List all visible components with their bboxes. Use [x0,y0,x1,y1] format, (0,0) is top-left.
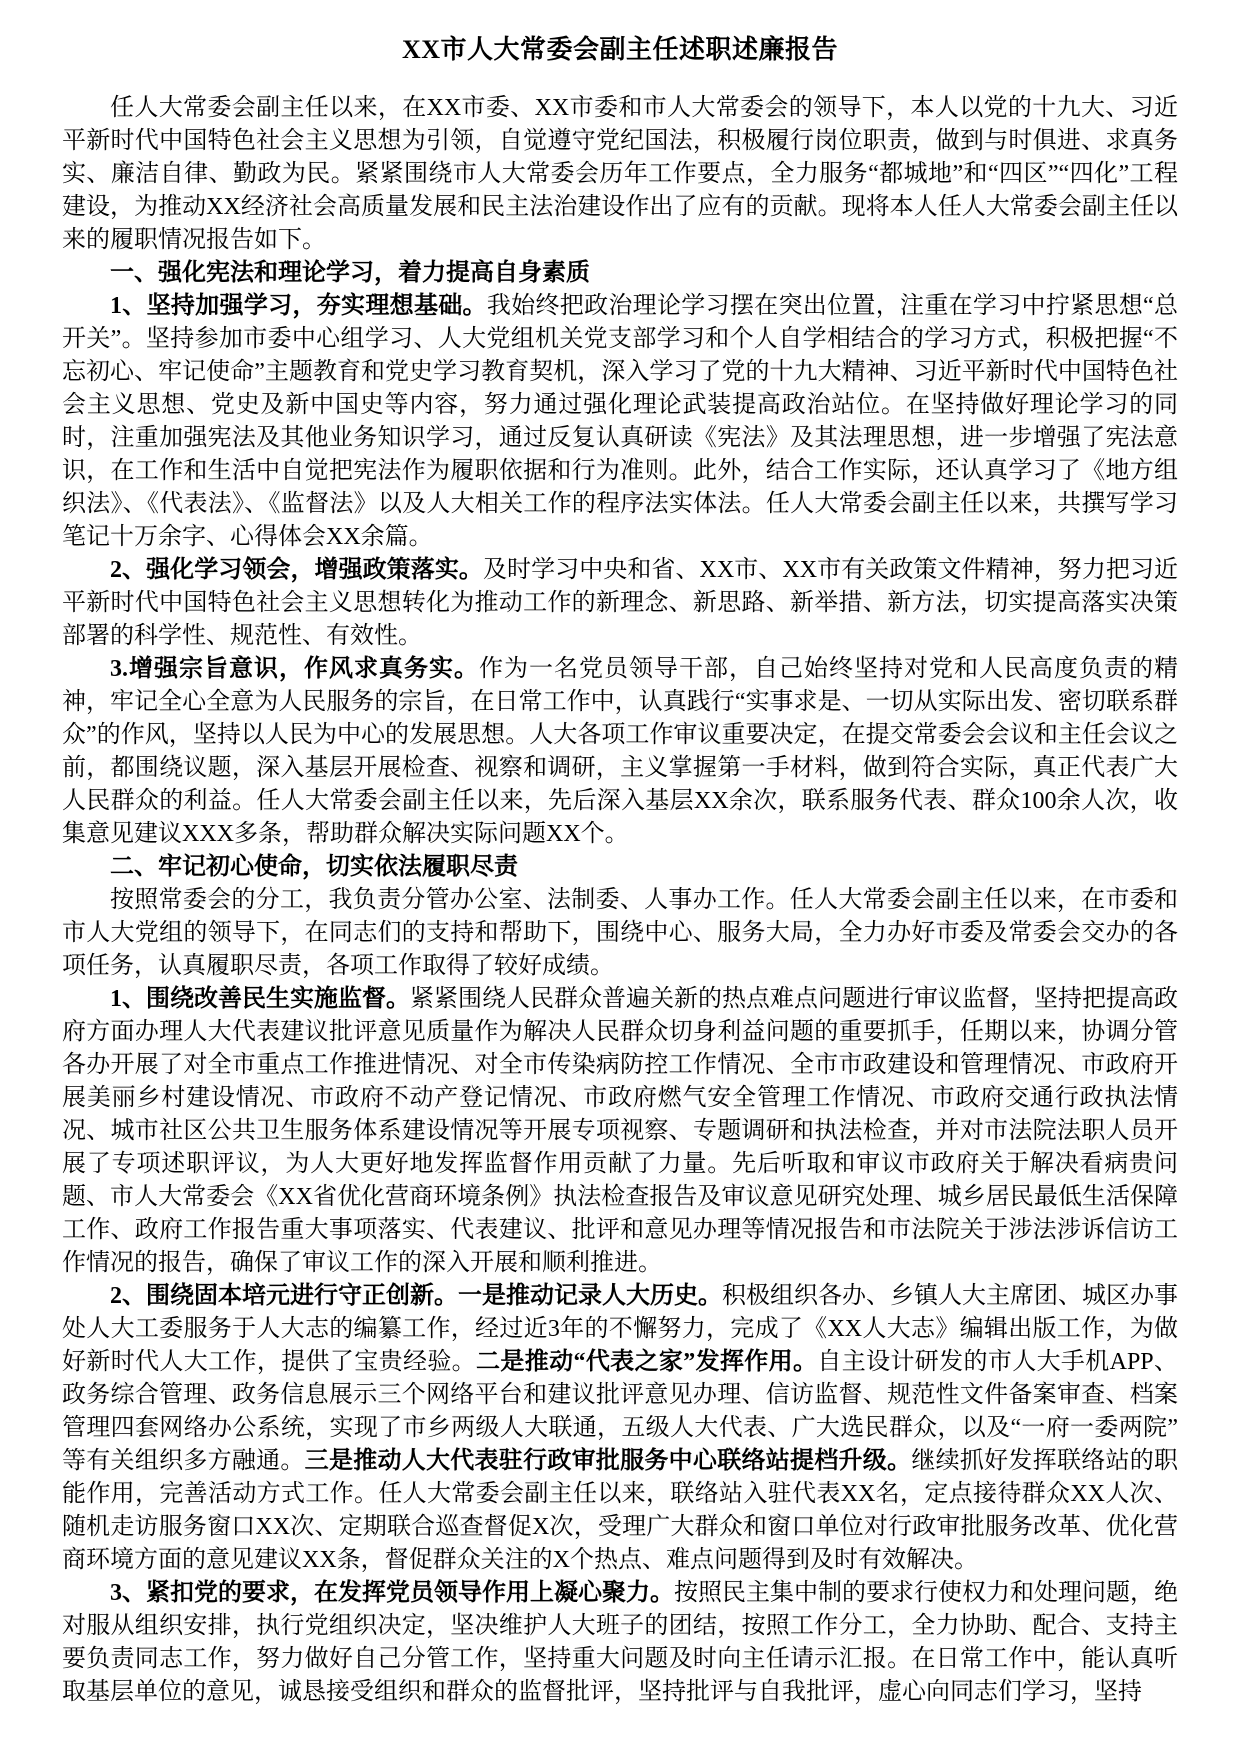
section-heading: 一、强化宪法和理论学习，着力提高自身素质 [62,257,1178,290]
text-run: 任人大常委会副主任以来，在XX市委、XX市委和市人大常委会的领导下，本人以党的十… [62,95,1178,253]
document-page: XX市人大常委会副主任述职述廉报告 任人大常委会副主任以来，在XX市委、XX市委… [0,0,1240,1754]
text-run: 我始终把政治理论学习摆在突出位置，注重在学习中拧紧思想“总开关”。坚持参加市委中… [62,293,1178,550]
bold-text-run: 1、坚持加强学习，夯实理想基础。 [110,293,487,319]
bold-text-run: 3.增强宗旨意识，作风求真务实。 [110,656,479,682]
document-content: XX市人大常委会副主任述职述廉报告 任人大常委会副主任以来，在XX市委、XX市委… [0,0,1240,1709]
bold-text-run: 二是推动“代表之家”发挥作用。 [476,1349,817,1375]
bold-text-run: 3、紧扣党的要求，在发挥党员领导作用上凝心聚力。 [110,1580,674,1606]
paragraph: 2、围绕固本培元进行守正创新。一是推动记录人大历史。积极组织各办、乡镇人大主席团… [62,1280,1178,1577]
paragraph: 2、强化学习领会，增强政策落实。及时学习中央和省、XX市、XX市有关政策文件精神… [62,554,1178,653]
section-heading: 二、牢记初心使命，切实依法履职尽责 [62,851,1178,884]
paragraph: 按照常委会的分工，我负责分管办公室、法制委、人事办工作。任人大常委会副主任以来，… [62,884,1178,983]
paragraph: 1、坚持加强学习，夯实理想基础。我始终把政治理论学习摆在突出位置，注重在学习中拧… [62,290,1178,554]
text-run: 作为一名党员领导干部，自己始终坚持对党和人民高度负责的精神，牢记全心全意为人民服… [62,656,1178,847]
document-body: 任人大常委会副主任以来，在XX市委、XX市委和市人大常委会的领导下，本人以党的十… [62,92,1178,1709]
bold-text-run: 2、强化学习领会，增强政策落实。 [110,557,483,583]
document-title: XX市人大常委会副主任述职述廉报告 [62,34,1178,66]
bold-text-run: 一、强化宪法和理论学习，着力提高自身素质 [110,260,590,286]
paragraph: 3.增强宗旨意识，作风求真务实。作为一名党员领导干部，自己始终坚持对党和人民高度… [62,653,1178,851]
text-run: 按照常委会的分工，我负责分管办公室、法制委、人事办工作。任人大常委会副主任以来，… [62,887,1178,979]
text-run: 紧紧围绕人民群众普遍关新的热点难点问题进行审议监督，坚持把提高政府方面办理人大代… [62,986,1178,1276]
paragraph: 任人大常委会副主任以来，在XX市委、XX市委和市人大常委会的领导下，本人以党的十… [62,92,1178,257]
bold-text-run: 1、围绕改善民生实施监督。 [110,986,410,1012]
bold-text-run: 二、牢记初心使命，切实依法履职尽责 [110,854,518,880]
paragraph: 3、紧扣党的要求，在发挥党员领导作用上凝心聚力。按照民主集中制的要求行使权力和处… [62,1577,1178,1709]
paragraph: 1、围绕改善民生实施监督。紧紧围绕人民群众普遍关新的热点难点问题进行审议监督，坚… [62,983,1178,1280]
bold-text-run: 2、围绕固本培元进行守正创新。一是推动记录人大历史。 [110,1283,722,1309]
bold-text-run: 三是推动人大代表驻行政审批服务中心联络站提档升级。 [305,1448,912,1474]
